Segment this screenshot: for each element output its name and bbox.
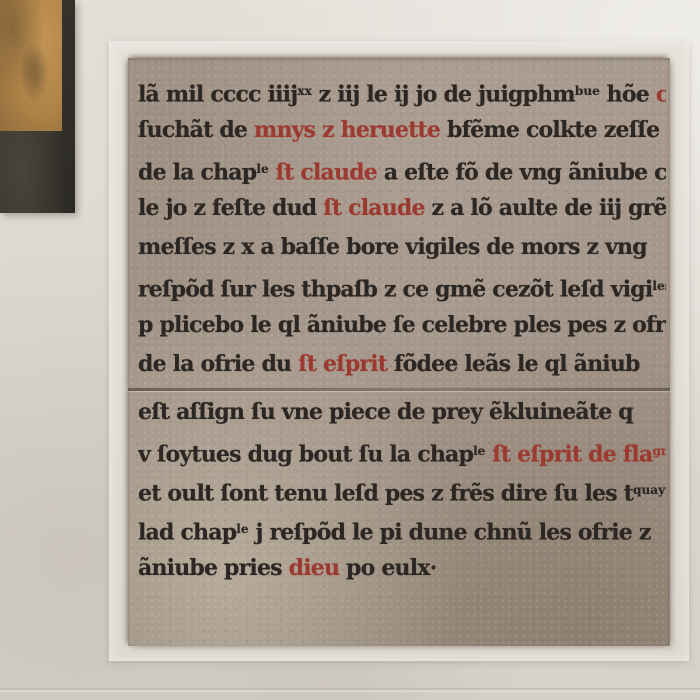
- black-ink-text: reſpõd ſur les thpaſb z ce gmẽ cezõt …: [138, 277, 652, 303]
- black-ink-text: les: [652, 279, 666, 293]
- black-ink-text: de la ofrie du: [138, 351, 298, 377]
- inscription-line: de la chaple ſt claude a eſte fõ de vng…: [138, 150, 666, 189]
- inscription-tablet: lã mil cccc iiijxx z iij le ij jo de ju…: [128, 58, 670, 646]
- painting-canvas: [0, 0, 62, 131]
- black-ink-text: [269, 160, 276, 186]
- black-ink-text: z iij le ij jo de juigphm: [312, 82, 575, 108]
- black-ink-text: lã mil cccc iiij: [138, 82, 297, 108]
- black-ink-text: le: [473, 444, 485, 458]
- black-ink-text: po eulx·: [339, 555, 436, 581]
- red-ink-text: chguã: [656, 82, 666, 108]
- black-ink-text: xx: [297, 84, 311, 98]
- black-ink-text: p plicebo le ql ãniube ſe celebre ples …: [138, 312, 666, 338]
- red-ink-text: dieu: [289, 555, 340, 581]
- framed-painting-corner: [0, 0, 75, 213]
- inscription-line: et oult ſont tenu leſd pes z frẽs dire …: [138, 471, 666, 510]
- red-ink-text: gny: [652, 444, 666, 458]
- black-ink-text: v ſoytues dug bout ſu la chap: [138, 442, 473, 468]
- red-ink-text: ſt claude: [276, 160, 377, 186]
- black-ink-text: a eſte fõ de vng ãniube chudõ: [377, 160, 666, 186]
- black-ink-text: de la chap: [138, 160, 256, 186]
- inscription-line: le jo z feſte dud ſt claude z a lõ ault…: [138, 189, 666, 228]
- inscription-line: de la ofrie du ſt eſprit fõdee leãs le…: [138, 345, 666, 384]
- black-ink-text: hõe: [600, 82, 656, 108]
- black-ink-text: meſſes z x a baſſe bore vigiles de mors …: [138, 234, 647, 260]
- black-ink-text: lad chap: [138, 520, 236, 546]
- black-ink-text: bfẽme colkte zeſſe ẽptie: [440, 117, 666, 143]
- black-ink-text: eſt aſſign ſu vne piece de prey ẽkluine…: [138, 399, 633, 425]
- black-ink-text: ãniube pries: [138, 555, 289, 581]
- inscription-line: lã mil cccc iiijxx z iij le ij jo de ju…: [138, 72, 666, 111]
- red-ink-text: ſt eſprit de fla: [492, 442, 652, 468]
- black-ink-text: z a lõ aulte de iij grẽs: [425, 195, 666, 221]
- black-ink-text: et oult ſont tenu leſd pes z frẽs dire …: [138, 481, 633, 507]
- photo-scene: lã mil cccc iiijxx z iij le ij jo de ju…: [0, 0, 700, 700]
- wall-plaster-ridge: [0, 688, 700, 692]
- black-ink-text: le: [236, 522, 248, 536]
- inscription-line: eſt aſſign ſu vne piece de prey ẽkluine…: [138, 393, 666, 432]
- black-ink-text: ſuchãt de: [138, 117, 254, 143]
- black-ink-text: le jo z feſte dud: [138, 195, 323, 221]
- black-ink-text: fõdee leãs le ql ãniub: [387, 351, 640, 377]
- black-ink-text: j reſpõd le pi dune chnũ les ofrie z: [249, 520, 651, 546]
- red-ink-text: mnys z heruette: [254, 117, 440, 143]
- red-ink-text: ſt claude: [323, 195, 424, 221]
- inscription-line: ãniube pries dieu po eulx·: [138, 549, 666, 588]
- black-ink-text: le: [256, 162, 268, 176]
- inscription-line: ſuchãt de mnys z heruette bfẽme colkte …: [138, 111, 666, 150]
- inscription-line: v ſoytues dug bout ſu la chaple ſt eſpri…: [138, 432, 666, 471]
- inscription-line: meſſes z x a baſſe bore vigiles de mors …: [138, 228, 666, 267]
- inscription-lines: lã mil cccc iiijxx z iij le ij jo de ju…: [138, 72, 666, 646]
- inscription-line: lad chaple j reſpõd le pi dune chnũ le…: [138, 510, 666, 549]
- red-ink-text: ſt eſprit: [298, 351, 387, 377]
- black-ink-text: bue: [575, 84, 600, 98]
- black-ink-text: quay: [633, 483, 665, 497]
- inscription-line: reſpõd ſur les thpaſb z ce gmẽ cezõt …: [138, 267, 666, 306]
- inscription-line: p plicebo le ql ãniube ſe celebre ples …: [138, 306, 666, 345]
